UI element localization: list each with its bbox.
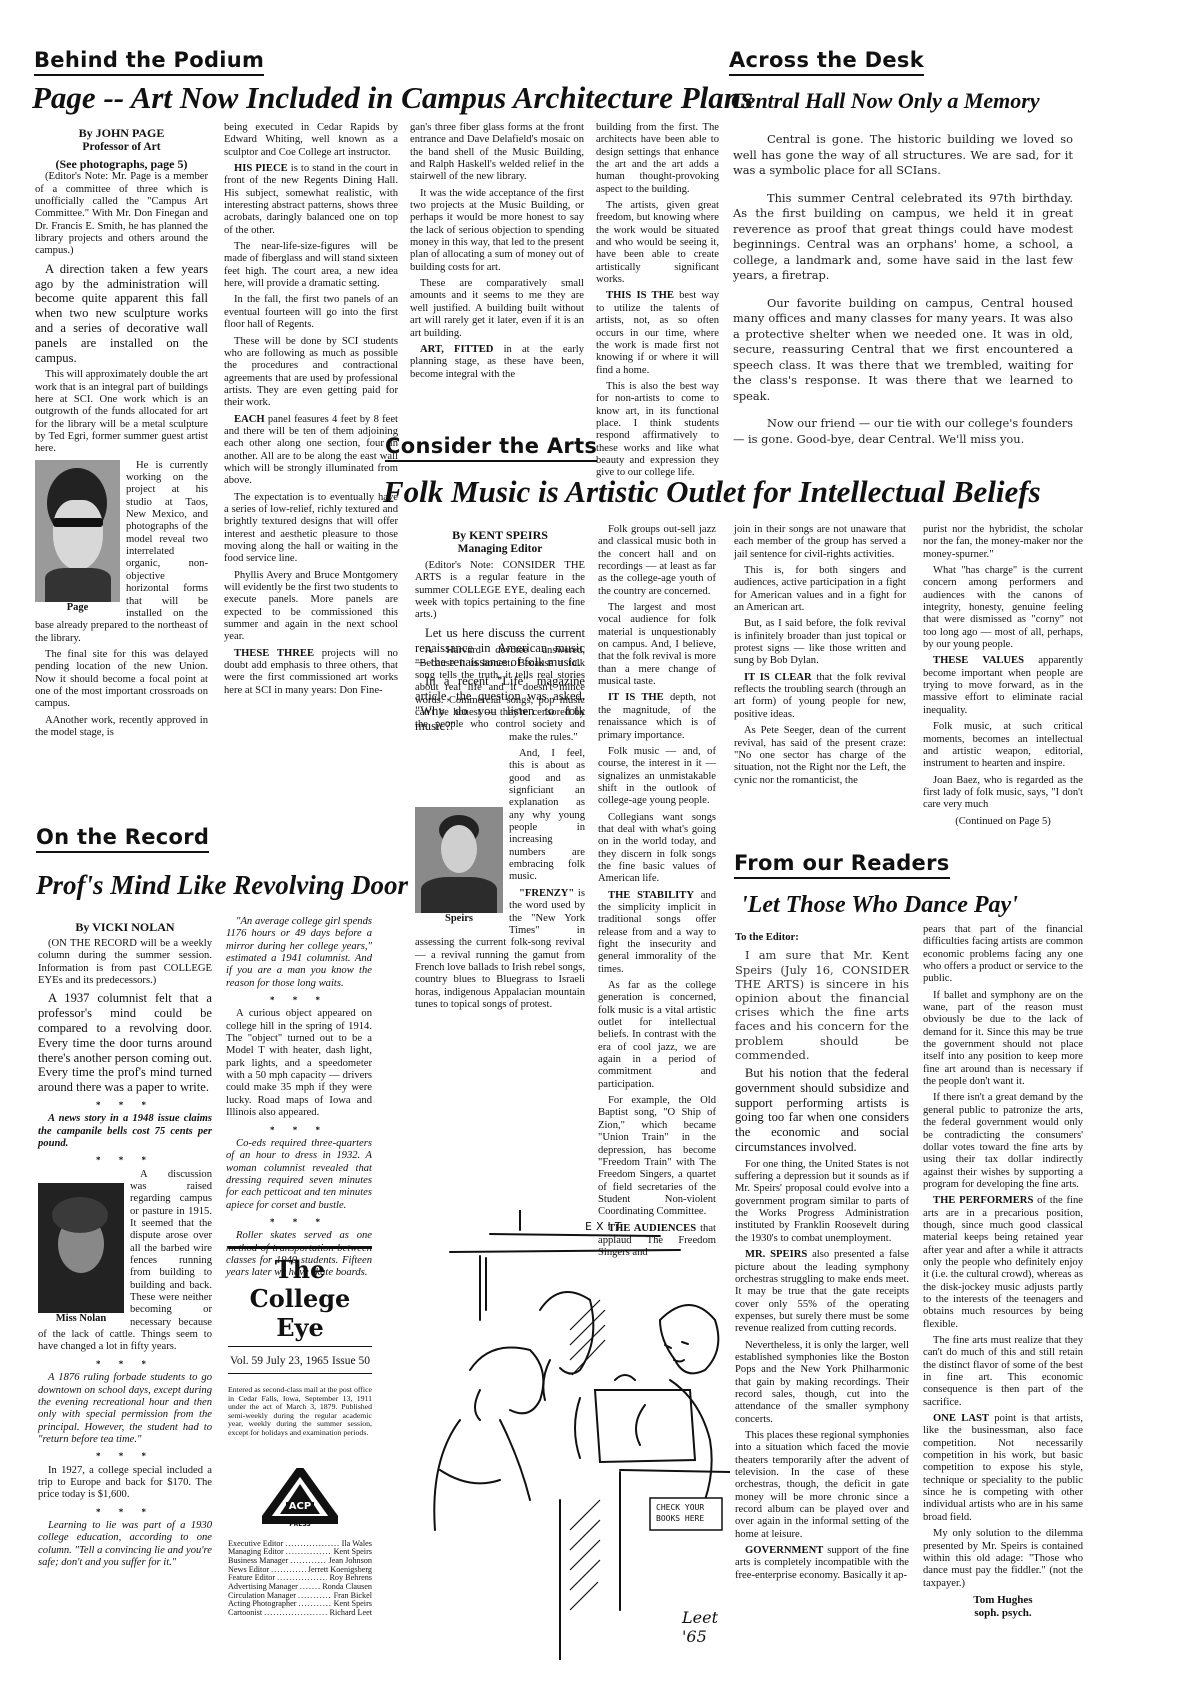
- article-column: building from the first. The architects …: [596, 122, 719, 484]
- letter-column: pears that part of the financial difficu…: [923, 924, 1083, 1620]
- headline: Central Hall Now Only a Memory: [731, 88, 1040, 114]
- volume-line: Vol. 59 July 23, 1965 Issue 50: [228, 1347, 372, 1374]
- article-column: By JOHN PAGE Professor of Art (See photo…: [35, 122, 208, 743]
- staff-box: Executive EditorIla Wales Managing Edito…: [228, 1540, 372, 1618]
- cartoon-drawing-icon: [420, 1210, 730, 1660]
- article-column: join in their songs are not unaware that…: [734, 524, 906, 791]
- section-kicker: Behind the Podium: [34, 48, 264, 76]
- byline: By KENT SPEIRS Managing Editor: [415, 528, 585, 556]
- article-column: gan's three fiber glass forms at the fro…: [410, 122, 584, 385]
- article-column: purist nor the hybridist, the scholar no…: [923, 524, 1083, 828]
- see-photos-note: (See photographs, page 5): [35, 158, 208, 170]
- section-kicker: Across the Desk: [729, 48, 924, 76]
- continued-notice: (Continued on Page 5): [923, 816, 1083, 828]
- article-column: Folk groups out-sell jazz and classical …: [598, 524, 716, 1264]
- photo-speirs: Speirs: [415, 807, 503, 925]
- publication-title: The College Eye: [228, 1246, 372, 1347]
- article-column: "An average college girl spends 1176 hou…: [226, 916, 372, 1284]
- check-books-sign: CHECK YOUR BOOKS HERE: [656, 1502, 704, 1524]
- article-column: By KENT SPEIRS Managing Editor (Editor's…: [415, 524, 585, 1015]
- photo-miss-nolan: Miss Nolan: [38, 1183, 124, 1325]
- exit-sign: EXIT: [585, 1220, 625, 1233]
- mail-notice: Entered as second-class mail at the post…: [228, 1386, 372, 1438]
- article-column: being executed in Cedar Rapids by Edward…: [224, 122, 398, 701]
- article-column: By VICKI NOLAN (ON THE RECORD will be a …: [38, 916, 212, 1573]
- staff-row: CartoonistRichard Leet: [228, 1609, 372, 1618]
- section-kicker: Consider the Arts: [385, 434, 597, 462]
- section-kicker: From our Readers: [734, 851, 950, 879]
- editorial-body: Central is gone. The historic building w…: [733, 132, 1073, 459]
- headline: Folk Music is Artistic Outlet for Intell…: [383, 474, 1041, 510]
- letter-signature: Tom Hughes soph. psych.: [923, 1594, 1083, 1620]
- section-kicker: On the Record: [36, 825, 209, 853]
- headline: Prof's Mind Like Revolving Door: [36, 870, 408, 901]
- masthead: The College Eye Vol. 59 July 23, 1965 Is…: [228, 1246, 372, 1618]
- headline: Page -- Art Now Included in Campus Archi…: [32, 80, 753, 116]
- cartoonist-signature: Leet '65: [682, 1608, 730, 1646]
- headline: 'Let Those Who Dance Pay': [741, 892, 1018, 919]
- editorial-cartoon: EXIT CHECK YOUR BOOKS HERE Leet '65: [420, 1210, 730, 1660]
- letter-column: To the Editor: I am sure that Mr. Kent S…: [735, 924, 909, 1586]
- byline: By VICKI NOLAN: [38, 920, 212, 934]
- acp-badge-icon: ACP PRESS: [262, 1468, 338, 1528]
- photo-page: Page: [35, 460, 120, 614]
- glasses-icon: [53, 518, 103, 527]
- byline: By JOHN PAGE Professor of Art: [35, 126, 208, 154]
- editors-note: (Editor's Note: Mr. Page is a member of …: [35, 171, 208, 257]
